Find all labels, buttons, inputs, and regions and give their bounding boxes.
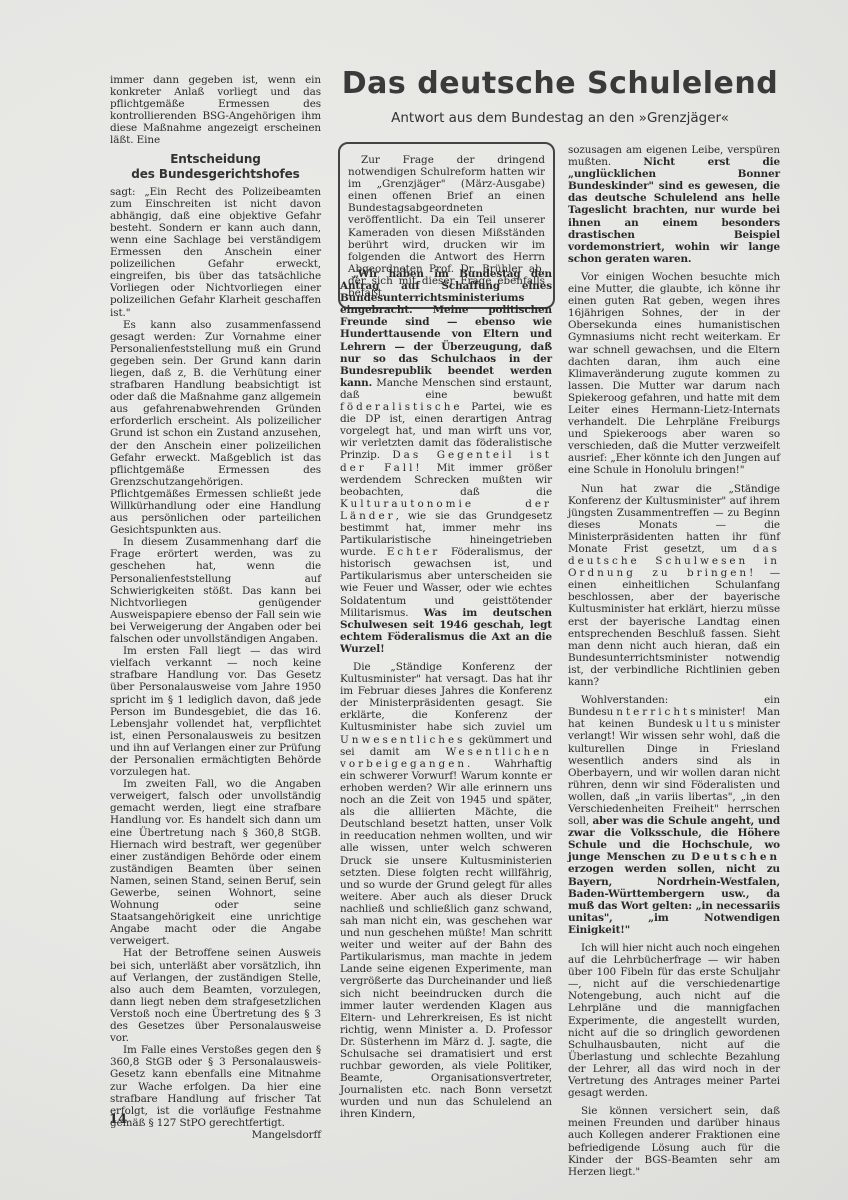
text-run: Wahrhaftig ein schwerer Vorwurf! Warum k…	[340, 758, 552, 1121]
subheading-line-1: Entscheidung	[110, 152, 321, 167]
text-run: minister verlangt! Wir wissen sehr wohl,…	[568, 718, 780, 827]
article-subtitle: Antwort aus dem Bundestag an den »Grenzj…	[340, 110, 780, 126]
text-run: Nun hat zwar die „Ständige Konferenz der…	[568, 483, 780, 555]
paragraph: Im ersten Fall liegt — das wird vielfach…	[110, 645, 321, 778]
bold-text: Nicht erst die „unglücklichen Bonner Bun…	[568, 156, 780, 265]
spaced-emphasis: Unwesentliches	[340, 734, 465, 746]
article-title: Das deutsche Schulelend	[340, 66, 780, 101]
paragraph: sagt: „Ein Recht des Polizeibeamten zum …	[110, 186, 321, 319]
spaced-emphasis: Echter	[387, 546, 440, 558]
magazine-page: immer dann gegeben ist, wenn ein konkret…	[0, 0, 848, 1200]
paragraph: Die „Ständige Konferenz der Kultusminist…	[340, 661, 552, 1121]
left-article-column: immer dann gegeben ist, wenn ein konkret…	[110, 74, 321, 1141]
spaced-bold-emphasis: Deutschen	[691, 851, 780, 863]
paragraph: Im Falle eines Verstoßes gegen den § 360…	[110, 1044, 321, 1129]
paragraph: In diesem Zusammenhang darf die Frage er…	[110, 536, 321, 645]
paragraph: Es kann also zusammenfassend gesagt werd…	[110, 319, 321, 537]
bold-text: erzogen werden sollen, nicht zu Bayern, …	[568, 863, 780, 935]
paragraph: Ich will hier nicht auch noch eingehen a…	[568, 942, 780, 1099]
paragraph: Im zweiten Fall, wo die Angaben verweige…	[110, 778, 321, 947]
text-run: — einen einheitlichen Schulanfang beschl…	[568, 567, 780, 688]
bold-text: „Wir haben im Bundestag den Antrag auf S…	[340, 268, 552, 389]
subheading-line-2: des Bundesgerichtshofes	[110, 167, 321, 182]
paragraph: Hat der Betroffene seinen Ausweis bei si…	[110, 947, 321, 1044]
author-signature: Mangelsdorff	[110, 1129, 321, 1141]
paragraph: Wohlverstanden: ein Bundesunterrichtsmin…	[568, 694, 780, 936]
spaced-emphasis: kultus	[686, 718, 737, 730]
middle-article-column: „Wir haben im Bundestag den Antrag auf S…	[340, 268, 552, 1121]
page-number: 14	[109, 1112, 127, 1127]
section-subheading: Entscheidung des Bundesgerichtshofes	[110, 152, 321, 182]
spaced-emphasis: föderalistische	[340, 401, 463, 413]
text-run: Die „Ständige Konferenz der Kultusminist…	[340, 661, 552, 733]
paragraph: Vor einigen Wochen besuchte mich eine Mu…	[568, 271, 780, 477]
text-run: Manche Menschen sind erstaunt, daß eine …	[340, 377, 552, 401]
paragraph: Sie können versichert sein, daß meinen F…	[568, 1105, 780, 1178]
right-article-column: sozusagen am eigenen Leibe, verspüren mu…	[568, 144, 780, 1178]
spaced-emphasis: unterrichts	[607, 706, 699, 718]
intro-continued: immer dann gegeben ist, wenn ein konkret…	[110, 74, 321, 147]
paragraph: „Wir haben im Bundestag den Antrag auf S…	[340, 268, 552, 655]
paragraph: Nun hat zwar die „Ständige Konferenz der…	[568, 483, 780, 689]
paragraph: sozusagen am eigenen Leibe, verspüren mu…	[568, 144, 780, 265]
